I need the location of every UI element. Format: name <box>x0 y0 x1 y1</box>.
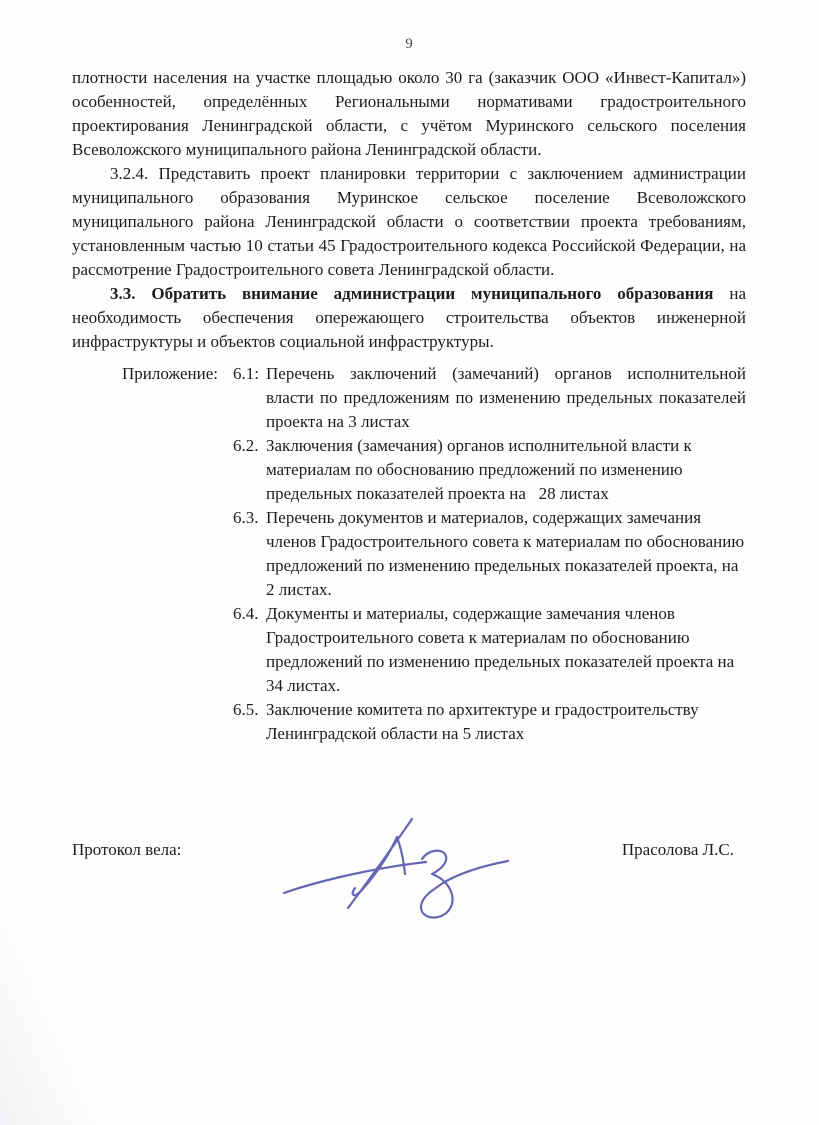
attachment-item-6-3: 6.3. Перечень документов и материалов, с… <box>233 506 746 602</box>
attachment-text: Перечень документов и материалов, содерж… <box>266 506 746 602</box>
attachment-text: Заключения (замечания) органов исполните… <box>266 434 746 506</box>
attachments-label: Приложение: <box>122 362 233 386</box>
attachment-number: 6.5. <box>233 698 266 722</box>
paragraph-3-3-bold-run: 3.3. Обратить внимание администрации мун… <box>110 284 713 303</box>
attachment-number: 6.3. <box>233 506 266 530</box>
attachment-text: Перечень заключений (замечаний) органов … <box>266 362 746 434</box>
document-page: 9 плотности населения на участке площадь… <box>0 0 819 1125</box>
paragraph-3-2-4: 3.2.4. Представить проект планировки тер… <box>72 162 746 282</box>
scan-edge-artifact <box>0 885 110 1125</box>
signature-svg <box>278 810 514 930</box>
protocol-kept-by-label: Протокол вела: <box>72 838 181 862</box>
attachments-list: 6.1: Перечень заключений (замечаний) орг… <box>233 362 746 746</box>
page-number: 9 <box>0 36 819 53</box>
signature-ink <box>397 837 405 874</box>
attachment-item-6-2: 6.2. Заключения (замечания) органов испо… <box>233 434 746 506</box>
attachment-item-6-1: 6.1: Перечень заключений (замечаний) орг… <box>233 362 746 434</box>
attachment-item-6-5: 6.5. Заключение комитета по архитектуре … <box>233 698 746 746</box>
attachment-number: 6.4. <box>233 602 266 626</box>
document-body: плотности населения на участке площадью … <box>72 66 746 746</box>
signer-name: Прасолова Л.С. <box>622 838 734 862</box>
paragraph-3-3: 3.3. Обратить внимание администрации мун… <box>72 282 746 354</box>
attachment-text: Документы и материалы, содержащие замеча… <box>266 602 746 698</box>
handwritten-signature <box>278 810 514 930</box>
attachment-number: 6.2. <box>233 434 266 458</box>
attachment-number: 6.1: <box>233 362 266 386</box>
attachments-block: Приложение: 6.1: Перечень заключений (за… <box>72 362 746 746</box>
paragraph-continuation: плотности населения на участке площадью … <box>72 66 746 162</box>
attachment-item-6-4: 6.4. Документы и материалы, содержащие з… <box>233 602 746 698</box>
signature-ink <box>421 851 508 918</box>
attachment-text: Заключение комитета по архитектуре и гра… <box>266 698 746 746</box>
